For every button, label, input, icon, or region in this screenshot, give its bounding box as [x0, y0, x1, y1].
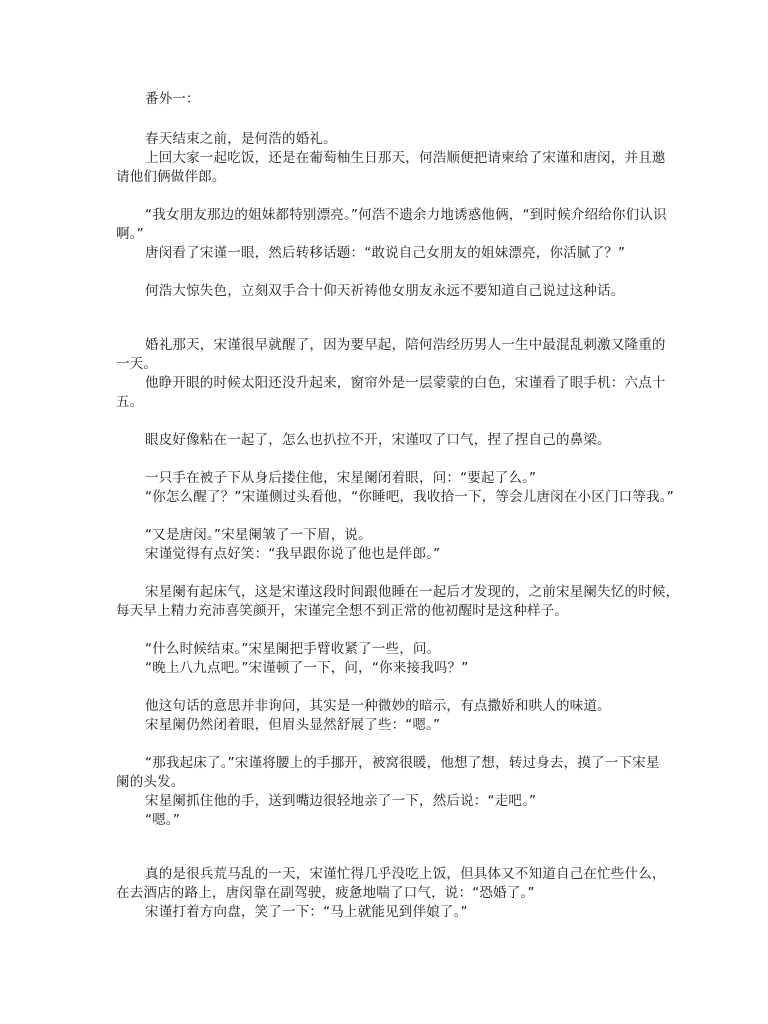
text-line: “那我起床了。”宋谨将腰上的手挪开，被窝很暖，他想了想，转过身去，摸了一下宋星 — [145, 754, 660, 773]
text-line: 五。 — [116, 393, 143, 412]
document-page: 番外一：春天结束之前，是何浩的婚礼。上回大家一起吃饭，还是在葡萄柚生日那天，何浩… — [0, 0, 768, 1024]
text-line: 眼皮好像粘在一起了，怎么也扒拉不开，宋谨叹了口气，捏了捏自己的鼻梁。 — [145, 431, 611, 450]
text-line: 宋星阑有起床气，这是宋谨这段时间跟他睡在一起后才发现的，之前宋星阑失忆的时候， — [145, 583, 679, 602]
text-line: “嗯。” — [145, 811, 180, 830]
text-line: 一只手在被子下从身后搂住他，宋星阑闭着眼，问：“要起了么。” — [145, 469, 536, 488]
text-line: 婚礼那天，宋谨很早就醒了，因为要早起，陪何浩经历男人一生中最混乱刺激又隆重的 — [145, 336, 666, 355]
text-line: “我女朋友那边的姐妹都特别漂亮。”何浩不遗余力地诱惑他俩，“到时候介绍给你们认识 — [145, 206, 667, 225]
text-line: “你怎么醒了？”宋谨侧过头看他，“你睡吧，我收拾一下，等会儿唐闵在小区门口等我。… — [145, 488, 674, 507]
text-line: 宋星阑抓住他的手，送到嘴边很轻地亲了一下，然后说：“走吧。” — [145, 792, 536, 811]
text-line: 每天早上精力充沛喜笑颜开，宋谨完全想不到正常的他初醒时是这种样子。 — [116, 602, 568, 621]
text-line: 真的是很兵荒马乱的一天，宋谨忙得几乎没吃上饭，但具体又不知道自己在忙些什么， — [145, 865, 666, 884]
text-line: 请他们俩做伴郎。 — [116, 168, 226, 187]
text-line: 他这句话的意思并非询问，其实是一种微妙的暗示，有点撒娇和哄人的味道。 — [145, 697, 611, 716]
text-line: 在去酒店的路上，唐闵靠在副驾驶，疲惫地喘了口气，说：“恐婚了。” — [116, 884, 535, 903]
text-line: “又是唐闵。”宋星阑皱了一下眉，说。 — [145, 526, 372, 545]
text-line: 上回大家一起吃饭，还是在葡萄柚生日那天，何浩顺便把请柬给了宋谨和唐闵，并且邀 — [145, 149, 666, 168]
text-line: 唐闵看了宋谨一眼，然后转移话题：“敢说自己女朋友的姐妹漂亮，你活腻了？” — [145, 244, 625, 263]
text-line: 春天结束之前，是何浩的婚礼。 — [145, 130, 337, 149]
text-line: 宋谨觉得有点好笑：“我早跟你说了他也是伴郎。” — [145, 545, 440, 564]
text-line: 他睁开眼的时候太阳还没升起来，窗帘外是一层蒙蒙的白色，宋谨看了眼手机：六点十 — [145, 374, 666, 393]
text-line: 一天。 — [116, 355, 157, 374]
text-line: “什么时候结束。”宋星阑把手臂收紧了一些，问。 — [145, 640, 440, 659]
text-line: “晚上八九点吧。”宋谨顿了一下，问，“你来接我吗？” — [145, 659, 468, 678]
text-line: 啊。” — [116, 225, 144, 244]
text-line: 阑的头发。 — [116, 773, 185, 792]
text-line: 宋谨打着方向盘，笑了一下：“马上就能见到伴娘了。” — [145, 903, 468, 922]
text-line: 何浩大惊失色，立刻双手合十仰天祈祷他女朋友永远不要知道自己说过这种话。 — [145, 282, 625, 301]
chapter-heading: 番外一： — [145, 90, 200, 109]
text-line: 宋星阑仍然闭着眼，但眉头显然舒展了些：“嗯。” — [145, 716, 440, 735]
